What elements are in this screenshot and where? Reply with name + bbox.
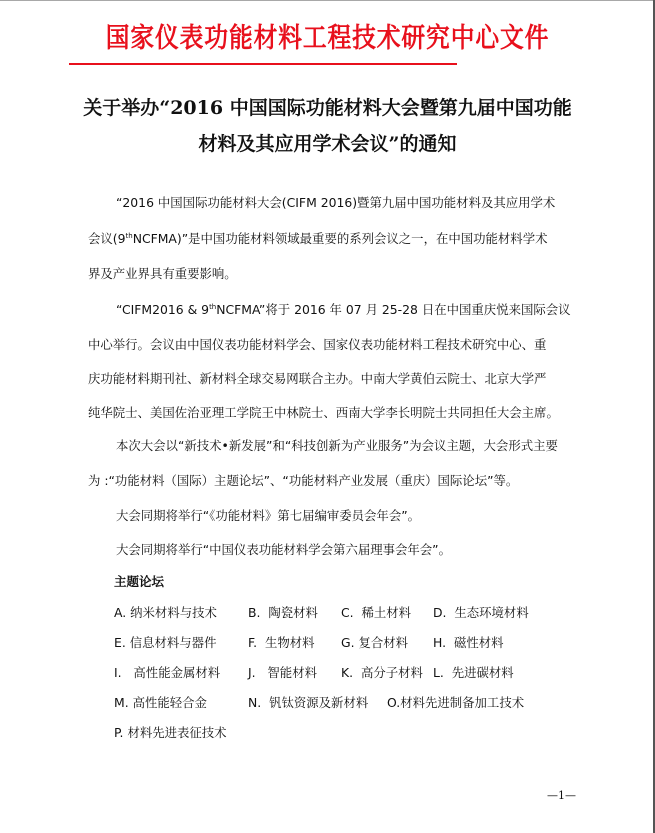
para1-line2-pre: 会议(9: [88, 231, 126, 246]
topic-item-m: M. 高性能轻合金: [114, 693, 207, 711]
topic-label: 高性能金属材料: [133, 665, 220, 680]
para4-line: 大会同期将举行“《功能材料》第七届编审委员会年会”。: [116, 506, 420, 524]
topic-letter: F.: [248, 635, 257, 650]
topic-letter: K.: [341, 665, 353, 680]
topic-letter: G.: [341, 635, 355, 650]
topic-label: 信息材料与器件: [130, 635, 217, 650]
topic-letter: A.: [114, 605, 126, 620]
topic-item-g: G. 复合材料: [341, 633, 408, 651]
topic-letter: E.: [114, 635, 126, 650]
org-header-title: 国家仪表功能材料工程技术研究中心文件: [39, 16, 615, 55]
topic-item-o: O.材料先进制备加工技术: [387, 693, 524, 711]
para1-line3: 界及产业界具有重要影响。: [88, 264, 237, 282]
topic-label: 先进碳材料: [452, 665, 514, 680]
topic-item-l: L. 先进碳材料: [433, 663, 514, 681]
para2-line1: “CIFM2016 & 9thNCFMA”将于 2016 年 07 月 25-2…: [116, 300, 571, 318]
document-title-line-1: 关于举办“2016 中国国际功能材料大会暨第九届中国功能: [0, 93, 655, 120]
document-title-line-2: 材料及其应用学术会议”的通知: [0, 129, 655, 156]
para1-line2: 会议(9thNCFMA)”是中国功能材料领域最重要的系列会议之一，在中国功能材料…: [88, 229, 547, 247]
topic-letter: C.: [341, 605, 354, 620]
topic-letter: I.: [114, 665, 122, 680]
topic-label: 高性能轻合金: [133, 695, 207, 710]
topic-letter: M.: [114, 695, 129, 710]
topics-heading: 主题论坛: [114, 572, 164, 590]
topic-label: 智能材料: [267, 665, 317, 680]
para1-superscript: th: [126, 232, 133, 240]
topic-item-e: E. 信息材料与器件: [114, 633, 216, 651]
topic-item-j: J. 智能材料: [248, 663, 317, 681]
topic-letter: O.: [387, 695, 400, 710]
topic-item-f: F. 生物材料: [248, 633, 315, 651]
para2-line1-post: NCFMA”将于 2016 年 07 月 25-28 日在中国重庆悦来国际会议: [216, 302, 570, 317]
topic-label: 钒钛资源及新材料: [269, 695, 368, 710]
para2-line4: 纯华院士、美国佐治亚理工学院王中林院士、西南大学李长明院士共同担任大会主席。: [88, 403, 559, 421]
topic-label: 材料先进表征技术: [127, 725, 226, 740]
header-red-rule: [69, 63, 457, 65]
topic-label: 复合材料: [359, 635, 409, 650]
topic-letter: H.: [433, 635, 446, 650]
topic-item-c: C. 稀土材料: [341, 603, 411, 621]
topic-label: 生物材料: [265, 635, 315, 650]
topic-item-i: I. 高性能金属材料: [114, 663, 220, 681]
para2-line3: 庆功能材料期刊社、新材料全球交易网联合主办。中南大学黄伯云院士、北京大学严: [88, 369, 546, 387]
para1-line1: “2016 中国国际功能材料大会(CIFM 2016)暨第九届中国功能材料及其应…: [116, 193, 555, 211]
topic-letter: N.: [248, 695, 261, 710]
topic-label: 稀土材料: [361, 605, 411, 620]
para3-line2: 为 :“功能材料（国际）主题论坛”、“功能材料产业发展（重庆）国际论坛”等。: [88, 471, 518, 489]
topic-label: 生态环境材料: [454, 605, 528, 620]
topic-item-b: B. 陶瓷材料: [248, 603, 318, 621]
topic-letter: B.: [248, 605, 260, 620]
para5-line: 大会同期将举行“中国仪表功能材料学会第六届理事会年会”。: [116, 540, 451, 558]
topic-letter: D.: [433, 605, 446, 620]
topic-item-h: H. 磁性材料: [433, 633, 504, 651]
para2-line1-pre: “CIFM2016 & 9: [116, 302, 209, 317]
topic-letter: L.: [433, 665, 444, 680]
para2-line2: 中心举行。会议由中国仪表功能材料学会、国家仪表功能材料工程技术研究中心、重: [88, 335, 546, 353]
topic-letter: J.: [248, 665, 256, 680]
page-number: —1—: [547, 789, 576, 802]
topic-item-k: K. 高分子材料: [341, 663, 423, 681]
topic-item-p: P. 材料先进表征技术: [114, 723, 227, 741]
page-border-top: [0, 0, 655, 1]
topic-label: 陶瓷材料: [268, 605, 318, 620]
topic-label: 纳米材料与技术: [130, 605, 217, 620]
topic-label: 材料先进制备加工技术: [400, 695, 524, 710]
topic-label: 高分子材料: [361, 665, 423, 680]
para1-line2-post: NCFMA)”是中国功能材料领域最重要的系列会议之一，在中国功能材料学术: [133, 231, 548, 246]
topic-item-a: A. 纳米材料与技术: [114, 603, 217, 621]
topic-item-n: N. 钒钛资源及新材料: [248, 693, 368, 711]
topic-label: 磁性材料: [454, 635, 504, 650]
para3-line1: 本次大会以“新技术•新发展”和“科技创新为产业服务”为会议主题，大会形式主要: [116, 436, 558, 454]
topic-letter: P.: [114, 725, 123, 740]
topic-item-d: D. 生态环境材料: [433, 603, 529, 621]
